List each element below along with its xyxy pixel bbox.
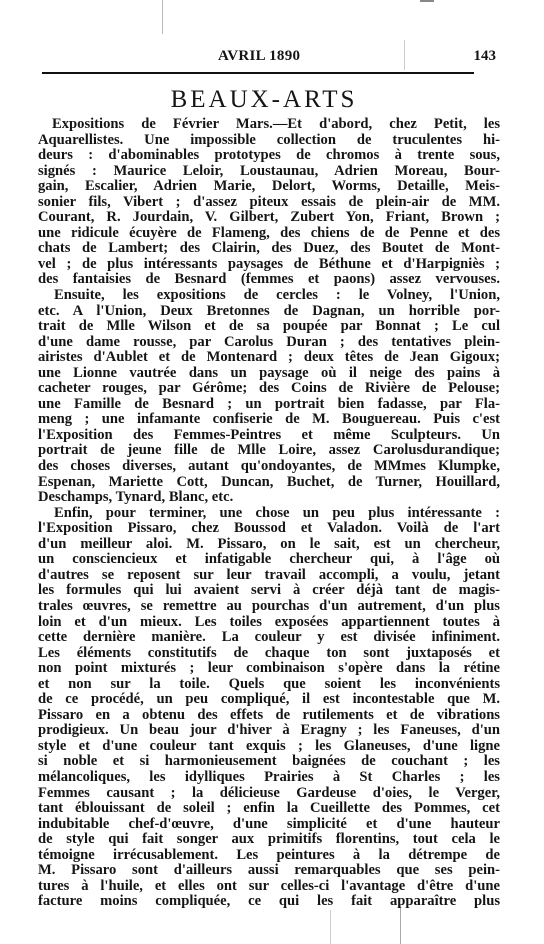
- text-line: Femmes causant ; la délicieuse Gardeuse …: [38, 786, 500, 802]
- text-line: chats de Lambert; des Clairin, des Duez,…: [38, 241, 500, 257]
- text-line: signés : Maurice Leloir, Loustaunau, Adr…: [38, 164, 500, 180]
- scan-artifact: [400, 905, 401, 944]
- text-line: tant éblouissant de soleil ; enfin la Cu…: [38, 801, 500, 817]
- text-line: de ce procédé, un peu compliqué, il est …: [38, 692, 500, 708]
- text-line: Deschamps, Tynard, Blanc, etc.: [38, 490, 500, 506]
- text-line: trales œuvres, se remettre au pourchas d…: [38, 599, 500, 615]
- text-line: M. Pissaro sont d'ailleurs aussi remarqu…: [38, 863, 500, 879]
- text-line: airistes d'Aublet et de Montenard ; deux…: [38, 350, 500, 366]
- article-body: Expositions de Février Mars.—Et d'abord,…: [38, 117, 500, 910]
- text-line: prodigieux. Un beau jour d'hiver à Eragn…: [38, 723, 500, 739]
- scan-artifact: [330, 910, 331, 944]
- text-line: non point mixturés ; leur combinaison s'…: [38, 661, 500, 677]
- text-line: des choses diverses, autant qu'ondoyante…: [38, 459, 500, 475]
- text-line: vel ; de plus intéressants paysages de B…: [38, 257, 500, 273]
- text-line: une Famille de Besnard ; un portrait bie…: [38, 397, 500, 413]
- text-line: Aquarellistes. Une impossible collection…: [38, 133, 500, 149]
- text-line: cacheter rouges, par Gérôme; des Coins d…: [38, 381, 500, 397]
- paragraph: Ensuite, les expositions de cercles : le…: [38, 288, 500, 506]
- text-line: mélancoliques, les idylliques Prairies à…: [38, 770, 500, 786]
- text-line: tures à l'huile, et elles ont sur celles…: [38, 879, 500, 895]
- text-line: facture moins compliquée, ce qui les fai…: [38, 894, 500, 910]
- text-line: portrait de jeune fille de Mlle Loire, a…: [38, 443, 500, 459]
- text-line: style et d'une couleur tant exquis ; les…: [38, 739, 500, 755]
- text-line: Ensuite, les expositions de cercles : le…: [38, 288, 500, 304]
- page-header: AVRIL 1890 143: [42, 44, 500, 68]
- text-line: de style qui fait songer aux primitifs f…: [38, 832, 500, 848]
- text-line: cette dernière manière. La couleur y est…: [38, 630, 500, 646]
- text-line: deurs : d'abominables prototypes de chro…: [38, 148, 500, 164]
- scan-artifact: [162, 0, 163, 34]
- text-line: Pissaro en a obtenu des effets de rutile…: [38, 708, 500, 724]
- running-head: AVRIL 1890: [218, 48, 300, 65]
- text-line: une ridicule écuyère de Flameng, des chi…: [38, 226, 500, 242]
- text-line: meng ; une infamante confiserie de M. Bo…: [38, 412, 500, 428]
- text-line: si noble et si harmonieusement baignées …: [38, 754, 500, 770]
- text-line: Expositions de Février Mars.—Et d'abord,…: [38, 117, 500, 133]
- text-line: témoigne irrécusablement. Les peintures …: [38, 848, 500, 864]
- text-line: un consciencieux et infatigable chercheu…: [38, 552, 500, 568]
- text-line: d'autres se reposent sur leur travail ac…: [38, 568, 500, 584]
- text-line: d'une dame rousse, par Carolus Duran ; d…: [38, 335, 500, 351]
- text-line: trait de Mlle Wilson et de sa poupée par…: [38, 319, 500, 335]
- text-line: Espenan, Mariette Cott, Duncan, Buchet, …: [38, 475, 500, 491]
- paragraph: Expositions de Février Mars.—Et d'abord,…: [38, 117, 500, 288]
- text-line: d'un meilleur aloi. M. Pissaro, on le sa…: [38, 537, 500, 553]
- text-line: loin et d'un mieux. Les toiles exposées …: [38, 615, 500, 631]
- page-number: 143: [474, 48, 497, 65]
- text-line: une Lionne vautrée dans un paysage où il…: [38, 366, 500, 382]
- text-line: sonier fils, Vibert ; d'assez piteux ess…: [38, 195, 500, 211]
- text-line: gain, Escalier, Adrien Marie, Delort, Wo…: [38, 179, 500, 195]
- text-line: des fantaisies de Besnard (femmes et pao…: [38, 272, 500, 288]
- text-line: l'Exposition Pissaro, chez Boussod et Va…: [38, 521, 500, 537]
- section-title: BEAUX-ARTS: [0, 86, 500, 114]
- paragraph: Enfin, pour terminer, une chose un peu p…: [38, 506, 500, 910]
- lead-heading: Expositions de Février Mars.: [52, 117, 273, 132]
- text-fragment: —Et d'abord, chez Petit, les: [273, 117, 500, 132]
- text-line: indubitable chef-d'œuvre, d'une simplici…: [38, 817, 500, 833]
- text-line: l'Exposition des Femmes-Peintres et même…: [38, 428, 500, 444]
- text-line: les formules qui lui avaient servi à cré…: [38, 583, 500, 599]
- scan-artifact: [420, 0, 434, 2]
- text-line: et non sur la toile. Quels que soient le…: [38, 677, 500, 693]
- text-line: Les éléments constitutifs de chaque ton …: [38, 646, 500, 662]
- text-line: Courant, R. Jourdain, V. Gilbert, Zubert…: [38, 210, 500, 226]
- header-rule: [42, 72, 474, 74]
- text-line: Enfin, pour terminer, une chose un peu p…: [38, 506, 500, 522]
- text-line: etc. A l'Union, Deux Bretonnes de Dagnan…: [38, 304, 500, 320]
